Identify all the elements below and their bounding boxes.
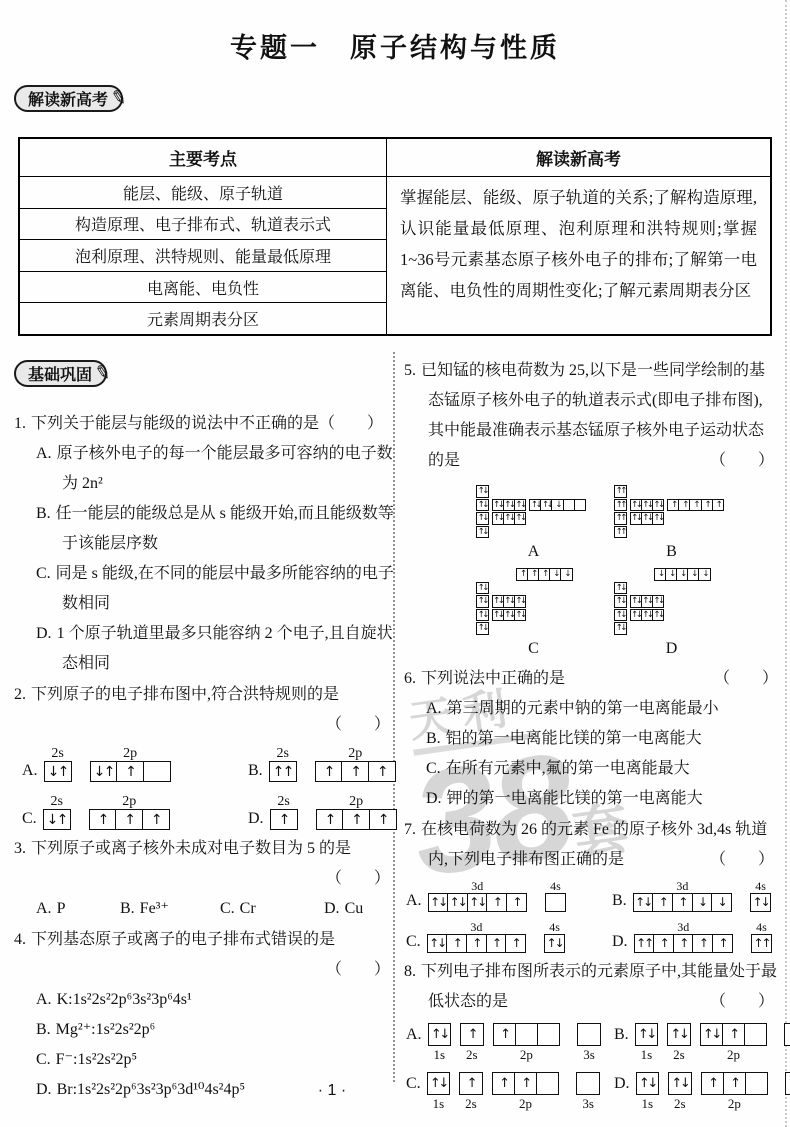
- spin-arrow: ↓: [458, 896, 466, 908]
- spin-arrow: ↑: [762, 937, 770, 949]
- orbital-box: ↑↓: [750, 893, 771, 912]
- option-text: F⁻:1s²2s²2p⁵: [56, 1051, 137, 1068]
- subshell-label: 2p: [728, 1096, 741, 1111]
- orbital-subshell: ↑2p: [493, 1023, 561, 1062]
- option-text: 任一能层的能级总是从 s 能级开始,而且能级数等于该能层序数: [56, 505, 394, 552]
- question-3-option-b: B.Fe³⁺: [120, 894, 220, 924]
- option-text: 1 个原子轨道里最多只能容纳 2 个电子,且自旋状态相同: [57, 625, 393, 672]
- orbital-row: ↓↓↓↓↓: [654, 568, 778, 581]
- spin-arrow: ↓: [48, 765, 58, 779]
- orbital-box: ↑: [701, 1072, 725, 1095]
- orbital-subshell: 4s↑↓: [544, 921, 565, 953]
- orbital-box-group: [785, 1072, 790, 1095]
- spin-arrow: ↑: [377, 765, 387, 779]
- orbital-box: [785, 1072, 790, 1095]
- spin-arrow: ↑: [730, 1077, 739, 1090]
- subshell-label: 2s: [51, 746, 63, 761]
- orbital-box: ↑↑: [614, 485, 627, 498]
- spin-arrow: ↑: [378, 813, 388, 827]
- spin-arrow: ↑: [151, 813, 161, 827]
- option-text: Mg²⁺:1s²2s²2p⁶: [56, 1021, 156, 1038]
- orbital-box: ↑↓: [635, 1023, 659, 1046]
- spin-arrow: ↓: [646, 1028, 655, 1041]
- orbital-box: ↑↓: [652, 609, 665, 622]
- orbital-box-group: ↑↓↑↓↑↓: [630, 499, 665, 512]
- table-header-topics: 主要考点: [20, 139, 386, 176]
- spin-arrow: ↑: [472, 937, 480, 949]
- table-row-topic-5: 元素周期表分区: [20, 302, 386, 334]
- spin-arrow: ↓: [438, 896, 446, 908]
- orbital-box: ↑↓: [467, 893, 488, 912]
- spin-arrow: ↓: [482, 487, 487, 496]
- orbital-box: ↑↓: [614, 622, 627, 635]
- option-label: C.: [220, 900, 240, 917]
- spin-arrow: ↓: [691, 570, 696, 579]
- orbital-box: ↑: [506, 893, 527, 912]
- subshell-label: 2s: [277, 794, 289, 809]
- answer-bracket: （ ）: [404, 446, 778, 476]
- orbital-staircase: ↓↓↓↓↓↑↓↑↓↑↓↑↓↑↓↑↓↑↓↑↓↑↓↑↓: [614, 568, 778, 635]
- spin-arrow: ↑: [547, 937, 555, 949]
- orbital-box-group: ↑↓: [476, 526, 489, 539]
- question-2-stem: 2.下列原子的电子排布图中,符合洪特规则的是: [14, 680, 394, 710]
- orbital-subshell: ↑↓2s: [667, 1023, 691, 1062]
- pencil-icon: ✎: [109, 86, 129, 111]
- question-number: 1.: [14, 415, 31, 432]
- orbital-box: ↑↑: [269, 761, 297, 782]
- orbital-box: ↑↓: [427, 934, 448, 953]
- spin-arrow: ↑: [273, 765, 283, 779]
- orbital-box: ↑↓: [476, 622, 489, 635]
- spin-arrow: ↑: [453, 937, 461, 949]
- orbital-subshell: ↑↓2s: [668, 1072, 692, 1111]
- spin-arrow: ↑: [531, 570, 536, 579]
- orbital-box: [143, 761, 171, 782]
- orbital-subshell: 3s: [785, 1072, 790, 1111]
- subshell-label: 1s: [641, 1047, 653, 1062]
- orbital-box-group: ↑↓: [476, 499, 489, 512]
- spin-arrow: ↑: [678, 896, 686, 908]
- question-1-option-d: D.1 个原子轨道里最多只能容纳 2 个电子,且自旋状态相同: [36, 619, 394, 679]
- orbital-box: ↑: [116, 761, 144, 782]
- option-label: C.: [36, 565, 56, 582]
- option-text: Cu: [345, 900, 364, 917]
- orbital-box: ↑: [653, 934, 674, 953]
- orbital-box-group: ↑↓↑↓↓: [529, 499, 586, 512]
- orbital-row: ↑↑: [614, 526, 778, 539]
- orbital-row: ↑↓↑↓↑↓↑↓: [476, 595, 614, 608]
- spin-arrow: ↑: [659, 896, 667, 908]
- question-4-option-c: C.F⁻:1s²2s²2p⁵: [36, 1045, 394, 1075]
- spin-arrow: ↑: [719, 937, 727, 949]
- diagram-option-label: D.: [248, 810, 270, 830]
- spin-arrow: ↓: [564, 570, 569, 579]
- orbital-subshell: 2p↓↑↑: [90, 746, 171, 782]
- answer-bracket: （ ）: [319, 415, 383, 432]
- orbital-box: [515, 1023, 539, 1046]
- orbital-subshell: 3s: [577, 1023, 601, 1062]
- orbital-subshell: 4s: [545, 880, 566, 912]
- subshell-label: 2s: [674, 1096, 686, 1111]
- orbital-box: [784, 1023, 790, 1046]
- orbital-row: ↑↓: [476, 622, 614, 635]
- q8-diagram-a: A.↑↓1s↑2s↑2p3s: [406, 1023, 614, 1062]
- orbital-row: ↑↑: [614, 485, 778, 498]
- orbital-subshell: 3s: [784, 1023, 790, 1062]
- question-text: 下列原子的电子排布图中,符合洪特规则的是: [31, 686, 339, 703]
- orbital-box: ↓↑: [43, 809, 71, 830]
- orbital-box: ↑: [712, 934, 733, 953]
- subshell-label: 3s: [583, 1047, 595, 1062]
- q2-diagram-d: D.2s↑2p↑↑↑: [248, 794, 397, 830]
- spin-arrow: ↑: [699, 937, 707, 949]
- orbital-row: ↑↓↑↓↑↓↑↓: [614, 595, 778, 608]
- spin-arrow: ↓: [439, 1028, 448, 1041]
- option-label: D.: [426, 790, 447, 807]
- orbital-box-group: ↓↑: [43, 809, 71, 830]
- spin-arrow: ↑: [620, 487, 625, 496]
- question-number: 2.: [14, 686, 31, 703]
- spin-arrow: ↓: [520, 611, 525, 620]
- option-label: B.: [120, 900, 140, 917]
- q5-diagram-c: ↑↑↑↓↓↑↓↑↓↑↓↑↓↑↓↑↓↑↓↑↓↑↓↑↓C: [476, 567, 614, 658]
- orbital-box: ↑↓: [652, 512, 665, 525]
- orbital-box-group: [577, 1023, 601, 1046]
- diagram-option-label: A.: [22, 762, 44, 782]
- spin-arrow: ↑: [500, 1028, 509, 1041]
- question-text: 下列说法中正确的是: [421, 670, 565, 687]
- orbital-box: ↑: [316, 809, 344, 830]
- spin-arrow: ↑: [279, 813, 289, 827]
- spin-arrow: ↓: [520, 597, 525, 606]
- q2-diagram-b: B.2s↑↑2p↑↑↑: [248, 746, 397, 782]
- orbital-staircase: ↑↑↑↓↓↑↓↑↓↑↓↑↓↑↓↑↓↑↓↑↓↑↓↑↓: [476, 568, 614, 635]
- orbital-box: ↑↓: [514, 512, 527, 525]
- orbital-box-group: ↑↓: [614, 582, 627, 595]
- orbital-box: ↑↓: [476, 485, 489, 498]
- orbital-box-group: ↑↓↑↓↑↓: [630, 595, 665, 608]
- question-number: 5.: [404, 362, 421, 379]
- question-3-option-a: A.P: [36, 894, 120, 924]
- orbital-box-group: ↑: [270, 809, 298, 830]
- table-row-topic-3: 泡利原理、洪特规则、能量最低原理: [20, 239, 386, 271]
- spin-arrow: ↓: [482, 501, 487, 510]
- orbital-box: ↑↓: [428, 893, 449, 912]
- page-edge-marks: [785, 0, 787, 1127]
- orbital-box: ↑↓: [514, 499, 527, 512]
- question-number: 4.: [14, 931, 31, 948]
- orbital-row: ↑↓: [476, 526, 614, 539]
- orbital-box-group: ↑↓↑↑↑↑: [427, 934, 526, 953]
- orbital-row: ↑↓: [614, 582, 778, 595]
- option-label: C.: [36, 1051, 56, 1068]
- table-header-interpretation: 解读新高考: [386, 139, 770, 176]
- orbital-box-group: ↑↑: [614, 526, 627, 539]
- page-title: 专题一 原子结构与性质: [0, 26, 790, 65]
- spin-arrow: ↑: [660, 937, 668, 949]
- orbital-box: ↑: [712, 499, 725, 512]
- orbital-subshell: ↑↑2p: [701, 1072, 769, 1111]
- orbital-box: ↑: [89, 809, 117, 830]
- subshell-label: 1s: [434, 1047, 446, 1062]
- spin-arrow: ↑: [125, 765, 135, 779]
- subshell-label: 3d: [470, 921, 482, 934]
- subshell-label: 2s: [50, 794, 62, 809]
- orbital-box: ↑: [672, 893, 693, 912]
- orbital-box-group: ↑↓: [614, 595, 627, 608]
- spin-arrow: ↑: [324, 765, 334, 779]
- orbital-box: ↑: [692, 934, 713, 953]
- spin-arrow: ↓: [761, 896, 769, 908]
- orbital-box: ↑↑: [614, 499, 627, 512]
- question-text: 下列关于能层与能级的说法中不正确的是: [31, 415, 319, 432]
- orbital-box-group: ↑↑: [614, 499, 627, 512]
- orbital-box: ↑↓: [652, 595, 665, 608]
- orbital-box: ↑↓: [667, 1023, 691, 1046]
- spin-arrow: ↑: [636, 937, 644, 949]
- orbital-box: ↑: [315, 761, 343, 782]
- orbital-box: ↑: [486, 934, 507, 953]
- question-3-option-c: C.Cr: [220, 894, 324, 924]
- orbital-box-group: ↑↓: [750, 893, 771, 912]
- spin-arrow: ↓: [711, 1028, 720, 1041]
- orbital-row: ↑↑↑↓↑↓↑↓: [614, 512, 778, 525]
- orbital-box-group: ↑↓↑↑↓↓: [633, 893, 732, 912]
- subshell-label: 2s: [276, 746, 288, 761]
- table-cell-interpretation: 掌握能层、能级、原子轨道的关系;了解构造原理,认识能量最低原理、泡利原理和洪特规…: [386, 176, 770, 334]
- orbital-box-group: ↑↓↑: [700, 1023, 768, 1046]
- subshell-label: 4s: [549, 921, 560, 934]
- orbital-box-group: ↑↓↑↓↑↓: [492, 609, 527, 622]
- orbital-row: ↑↑↑↓↑↓↑↓↑↑↑↑↑: [614, 499, 778, 512]
- subshell-label: 4s: [755, 880, 766, 893]
- question-1-option-b: B.任一能层的能级总是从 s 能级开始,而且能级数等于该能层序数: [36, 499, 394, 559]
- q5-diagram-a: ↑↓↑↓↑↓↑↓↑↓↑↓↑↓↓↑↓↑↓↑↓↑↓↑↓A: [476, 484, 614, 561]
- option-label: B.: [36, 1021, 56, 1038]
- spin-arrow: ↓: [520, 501, 525, 510]
- spin-arrow: ↓: [658, 611, 663, 620]
- subshell-label: 4s: [756, 921, 767, 934]
- spin-arrow: ↑: [638, 1028, 647, 1041]
- spin-arrow: ↓: [47, 813, 57, 827]
- question-6: 6.下列说法中正确的是（ ） A.第三周期的元素中钠的第一电离能最小 B.铝的第…: [404, 664, 778, 814]
- question-4: 4.下列基态原子或离子的电子排布式错误的是 （ ） A.K:1s²2s²2p⁶3…: [14, 925, 394, 1105]
- orbital-subshell: 4s↑↓: [750, 880, 771, 912]
- spin-arrow: ↑: [753, 896, 761, 908]
- question-number: 6.: [404, 670, 421, 687]
- spin-arrow: ↓: [520, 514, 525, 523]
- subshell-label: 2p: [727, 1047, 740, 1062]
- orbital-box: ↓: [698, 568, 711, 581]
- question-5: 5.已知锰的核电荷数为 25,以下是一些同学绘制的基态锰原子核外电子的轨道表示式…: [404, 356, 778, 658]
- orbital-box-group: ↑↓↑↓↑↓: [492, 499, 527, 512]
- spin-arrow: ↑: [693, 501, 698, 510]
- spin-arrow: ↑: [703, 1028, 712, 1041]
- option-label: A.: [36, 991, 57, 1008]
- orbital-box: ↑: [369, 809, 397, 830]
- orbital-box: ↑↓: [614, 595, 627, 608]
- orbital-box: ↑: [460, 1023, 484, 1046]
- orbital-subshell: 3d↑↓↑↓↑↓↑↑: [428, 880, 527, 912]
- question-4-stem: 4.下列基态原子或离子的电子排布式错误的是: [14, 925, 394, 955]
- spin-arrow: ↓: [658, 501, 663, 510]
- q7-diagram-d: D.3d↑↑↑↑↑↑4s↑↑: [612, 921, 778, 953]
- orbital-box-group: ↑↓: [614, 609, 627, 622]
- orbital-box-group: ↑↑: [751, 934, 772, 953]
- spin-arrow: ↓: [482, 514, 487, 523]
- orbital-box: ↑↓: [476, 609, 489, 622]
- question-3-option-d: D.Cu: [324, 894, 363, 924]
- orbital-box: ↑↓: [614, 582, 627, 595]
- orbital-box-group: ↑↑↑: [315, 761, 396, 782]
- pencil-icon: ✎: [93, 361, 113, 386]
- spin-arrow: ↓: [658, 514, 663, 523]
- orbital-box: ↑↓: [700, 1023, 724, 1046]
- orbital-box: ↑↓: [476, 526, 489, 539]
- orbital-box-group: ↑↓: [476, 582, 489, 595]
- option-text: P: [57, 900, 66, 917]
- section-badge-basics-label: 基础巩固: [28, 362, 92, 385]
- q5-diagram-d: ↓↓↓↓↓↑↓↑↓↑↓↑↓↑↓↑↓↑↓↑↓↑↓↑↓D: [614, 567, 778, 658]
- option-label: A.: [426, 700, 447, 717]
- orbital-box: [545, 893, 566, 912]
- orbital-box-group: ↓↑↑: [90, 761, 171, 782]
- spin-arrow: ↓: [643, 896, 651, 908]
- question-3: 3.下列原子或离子核外未成对电子数目为 5 的是 （ ） A.P B.Fe³⁺ …: [14, 834, 394, 924]
- orbital-staircase: ↑↑↑↑↑↓↑↓↑↓↑↑↑↑↑↑↑↑↓↑↓↑↓↑↑: [614, 485, 778, 538]
- spin-arrow: ↑: [671, 501, 676, 510]
- orbital-box: ↑: [486, 893, 507, 912]
- option-text: 钾的第一电离能比镁的第一电离能大: [447, 790, 703, 807]
- subshell-label: 2p: [348, 746, 362, 761]
- question-3-options: A.P B.Fe³⁺ C.Cr D.Cu: [36, 894, 394, 924]
- answer-bracket: （ ）: [738, 664, 778, 694]
- question-1-option-a: A.原子核外电子的每一个能层最多可容纳的电子数为 2n²: [36, 439, 394, 499]
- question-number: 8.: [404, 963, 421, 980]
- section-badge-basics: 基础巩固 ✎: [14, 360, 107, 387]
- subshell-label: 2s: [466, 1047, 478, 1062]
- subshell-label: 2p: [123, 746, 137, 761]
- spin-arrow: ↓: [482, 584, 487, 593]
- orbital-subshell: 2p↑↑↑: [89, 794, 170, 830]
- orbital-row: ↑↓: [476, 485, 614, 498]
- spin-arrow: ↓: [679, 1028, 688, 1041]
- orbital-box: [744, 1023, 768, 1046]
- orbital-subshell: 2s↓↑: [43, 794, 71, 830]
- subshell-label: 2p: [122, 794, 136, 809]
- q2-diagram-c: C.2s↓↑2p↑↑↑: [22, 794, 248, 830]
- spin-arrow: ↑: [58, 765, 68, 779]
- orbital-box: ↓↑: [44, 761, 72, 782]
- option-text: 铝的第一电离能比镁的第一电离能大: [446, 730, 702, 747]
- spin-arrow: ↓: [482, 597, 487, 606]
- question-1-option-c: C.同是 s 能级,在不同的能层中最多所能容纳的电子数相同: [36, 559, 394, 619]
- orbital-box-group: ↑: [493, 1023, 561, 1046]
- question-6-option-a: A.第三周期的元素中钠的第一电离能最小: [426, 694, 778, 724]
- orbital-box: [577, 1023, 601, 1046]
- spin-arrow: ↑: [716, 501, 721, 510]
- orbital-subshell: 2s↑↑: [269, 746, 297, 782]
- orbital-box: ↑: [341, 761, 369, 782]
- spin-arrow: ↑: [620, 514, 625, 523]
- spin-arrow: ↓: [437, 937, 445, 949]
- q5-diagram-row-1: ↑↓↑↓↑↓↑↓↑↓↑↓↑↓↓↑↓↑↓↑↓↑↓↑↓A ↑↑↑↑↑↓↑↓↑↓↑↑↑…: [476, 484, 778, 561]
- orbital-box-group: ↑↑: [614, 485, 627, 498]
- right-column: 5.已知锰的核电荷数为 25,以下是一些同学绘制的基态锰原子核外电子的轨道表示式…: [404, 356, 778, 1112]
- orbital-box: ↑: [673, 934, 694, 953]
- diagram-option-label: A: [476, 543, 591, 561]
- orbital-box: ↑↓: [668, 1072, 692, 1095]
- orbital-row: ↑↓: [614, 622, 778, 635]
- question-1-stem: 1.下列关于能层与能级的说法中不正确的是（ ）: [14, 409, 394, 439]
- orbital-box: ↑↓: [428, 1023, 452, 1046]
- spin-arrow: ↑: [429, 937, 437, 949]
- q5-diagram-row-2: ↑↑↑↓↓↑↓↑↓↑↓↑↓↑↓↑↓↑↓↑↓↑↓↑↓C ↓↓↓↓↓↑↓↑↓↑↓↑↓…: [476, 567, 778, 658]
- spin-arrow: ↓: [94, 765, 104, 779]
- spin-arrow: ↑: [350, 765, 360, 779]
- orbital-subshell: 2s↓↑: [44, 746, 72, 782]
- orbital-box: ↓: [711, 893, 732, 912]
- exam-points-table: 主要考点 解读新高考 能层、能级、原子轨道 掌握能层、能级、原子轨道的关系;了解…: [18, 137, 772, 336]
- spin-arrow: ↑: [98, 813, 108, 827]
- option-label: B.: [426, 730, 446, 747]
- orbital-box-group: ↑↓↑↓↑↓↑↑: [428, 893, 527, 912]
- orbital-box: ↑: [342, 809, 370, 830]
- orbital-box-group: ↑↑↑↓↓: [516, 568, 573, 581]
- question-4-option-a: A.K:1s²2s²2p⁶3s²3p⁶4s¹: [36, 985, 394, 1015]
- spin-arrow: ↓: [555, 937, 563, 949]
- spin-arrow: ↓: [680, 1077, 689, 1090]
- orbital-subshell: 2s↑: [270, 794, 298, 830]
- question-2-diagrams: A.2s↓↑2p↓↑↑ B.2s↑↑2p↑↑↑ C.2s↓↑2p↑↑↑ D.2s…: [22, 746, 394, 830]
- diagram-option-label: B: [614, 543, 729, 561]
- question-6-stem: 6.下列说法中正确的是（ ）: [404, 664, 778, 694]
- question-6-option-d: D.钾的第一电离能比镁的第一电离能大: [426, 784, 778, 814]
- left-column: 基础巩固 ✎ 1.下列关于能层与能级的说法中不正确的是（ ） A.原子核外电子的…: [14, 356, 394, 1106]
- orbital-subshell: 4s↑↑: [751, 921, 772, 953]
- orbital-box: ↑: [368, 761, 396, 782]
- diagram-option-label: A.: [406, 892, 428, 912]
- spin-arrow: ↑: [351, 813, 361, 827]
- workbook-page: 专题一 原子结构与性质 解读新高考 ✎ 主要考点 解读新高考 能层、能级、原子轨…: [0, 0, 790, 1127]
- spin-arrow: ↑: [431, 1028, 440, 1041]
- orbital-box-group: ↑↑: [701, 1072, 769, 1095]
- orbital-subshell: ↑↓↑2p: [700, 1023, 768, 1062]
- answer-bracket: （ ）: [14, 864, 394, 894]
- orbital-box-group: [784, 1023, 790, 1046]
- orbital-box: ↑↑: [614, 512, 627, 525]
- spin-arrow: ↑: [513, 896, 521, 908]
- diagram-option-label: C.: [406, 933, 427, 953]
- orbital-box-group: ↑↓: [544, 934, 565, 953]
- table-row-topic-4: 电离能、电负性: [20, 271, 386, 303]
- spin-arrow: ↓: [482, 528, 487, 537]
- diagram-option-label: D.: [612, 933, 634, 953]
- question-text: 下列基态原子或离子的电子排布式错误的是: [31, 931, 335, 948]
- orbital-box-group: ↑↓: [668, 1072, 692, 1095]
- option-text: 第三周期的元素中钠的第一电离能最小: [447, 700, 719, 717]
- orbital-box-group: ↑↑↑↑↑↑: [634, 934, 733, 953]
- orbital-box: [574, 499, 587, 512]
- spin-arrow: ↑: [450, 896, 458, 908]
- spin-arrow: ↑: [469, 896, 477, 908]
- orbital-box-group: ↑↑↑: [316, 809, 397, 830]
- orbital-box: ↑: [722, 1023, 746, 1046]
- orbital-box: [745, 1072, 769, 1095]
- spin-arrow: ↑: [620, 528, 625, 537]
- orbital-box: ↑: [142, 809, 170, 830]
- orbital-box: ↑↑: [751, 934, 772, 953]
